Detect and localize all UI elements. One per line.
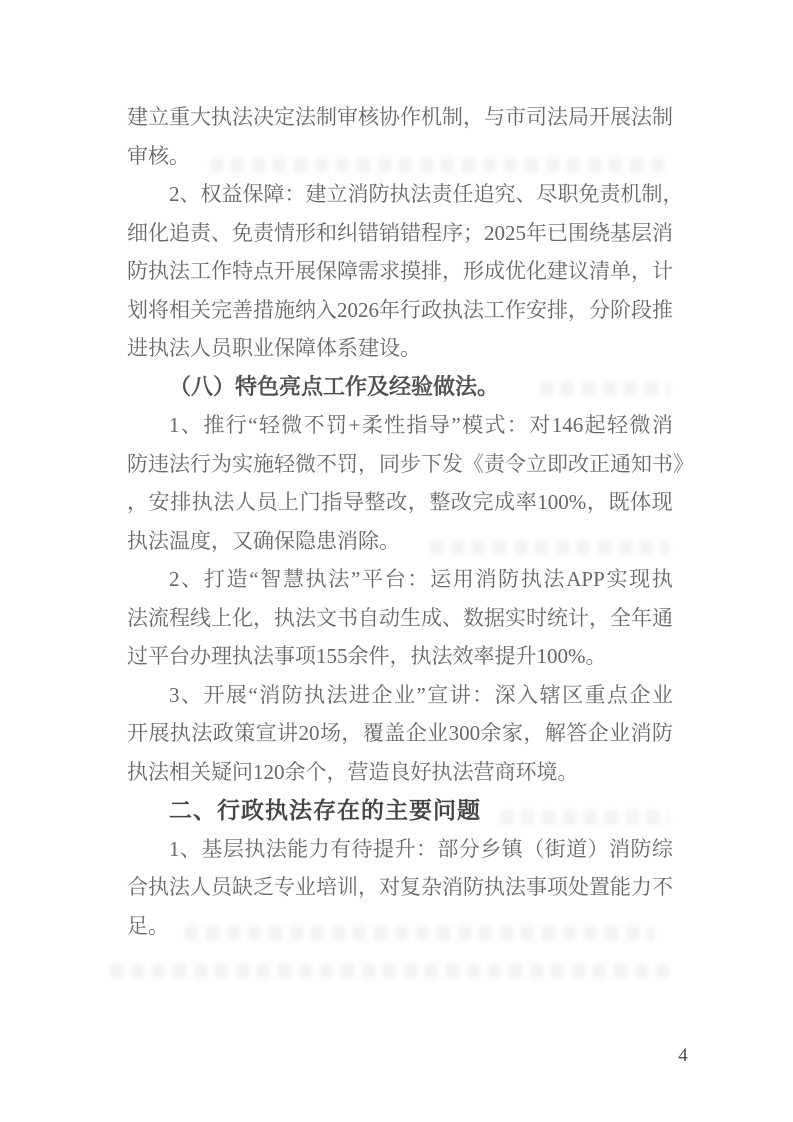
text-line: 2、打造“智慧执法”平台：运用消防执法APP实现执 (127, 560, 673, 599)
document-body: 建立重大执法决定法制审核协作机制，与市司法局开展法制审核。2、权益保障：建立消防… (127, 98, 673, 945)
text-line: 合执法人员缺乏专业培训，对复杂消防执法事项处置能力不 (127, 868, 673, 907)
text-line: 划将相关完善措施纳入2026年行政执法工作安排，分阶段推 (127, 291, 673, 330)
text-line: 1、推行“轻微不罚+柔性指导”模式：对146起轻微消 (127, 406, 673, 445)
text-line: 审核。 (127, 137, 673, 176)
scan-artifact (110, 963, 670, 978)
paragraph: 1、推行“轻微不罚+柔性指导”模式：对146起轻微消防违法行为实施轻微不罚，同步… (127, 406, 673, 560)
text-line: 法流程线上化，执法文书自动生成、数据实时统计，全年通 (127, 599, 673, 638)
text-line: 进执法人员职业保障体系建设。 (127, 329, 673, 368)
page-number: 4 (672, 1042, 694, 1070)
text-line: 过平台办理执法事项155余件，执法效率提升100%。 (127, 637, 673, 676)
section-heading: （八）特色亮点工作及经验做法。 (127, 368, 673, 407)
paragraph: 建立重大执法决定法制审核协作机制，与市司法局开展法制审核。 (127, 98, 673, 175)
text-line: 执法温度，又确保隐患消除。 (127, 522, 673, 561)
text-line: 3、开展“消防执法进企业”宣讲：深入辖区重点企业 (127, 676, 673, 715)
text-line: 执法相关疑问120余个，营造良好执法营商环境。 (127, 753, 673, 792)
text-line: （八）特色亮点工作及经验做法。 (127, 368, 673, 407)
paragraph: 1、基层执法能力有待提升：部分乡镇（街道）消防综合执法人员缺乏专业培训，对复杂消… (127, 830, 673, 946)
paragraph: 2、权益保障：建立消防执法责任追究、尽职免责机制，细化追责、免责情形和纠错销错程… (127, 175, 673, 368)
text-line: 2、权益保障：建立消防执法责任追究、尽职免责机制， (127, 175, 673, 214)
paragraph: 2、打造“智慧执法”平台：运用消防执法APP实现执法流程线上化，执法文书自动生成… (127, 560, 673, 676)
text-line: 建立重大执法决定法制审核协作机制，与市司法局开展法制 (127, 98, 673, 137)
section-heading: 二、行政执法存在的主要问题 (127, 791, 673, 830)
text-line: 防违法行为实施轻微不罚，同步下发《责令立即改正通知书》 (127, 445, 673, 484)
text-line: 足。 (127, 907, 673, 946)
text-line: 细化追责、免责情形和纠错销错程序；2025年已围绕基层消 (127, 214, 673, 253)
document-page: 建立重大执法决定法制审核协作机制，与市司法局开展法制审核。2、权益保障：建立消防… (0, 0, 793, 1122)
text-line: 防执法工作特点开展保障需求摸排，形成优化建议清单，计 (127, 252, 673, 291)
text-line: 开展执法政策宣讲20场，覆盖企业300余家，解答企业消防 (127, 714, 673, 753)
text-line: 二、行政执法存在的主要问题 (127, 791, 673, 830)
text-line: 1、基层执法能力有待提升：部分乡镇（街道）消防综 (127, 830, 673, 869)
paragraph: 3、开展“消防执法进企业”宣讲：深入辖区重点企业开展执法政策宣讲20场，覆盖企业… (127, 676, 673, 792)
text-line: ，安排执法人员上门指导整改，整改完成率100%，既体现 (127, 483, 673, 522)
